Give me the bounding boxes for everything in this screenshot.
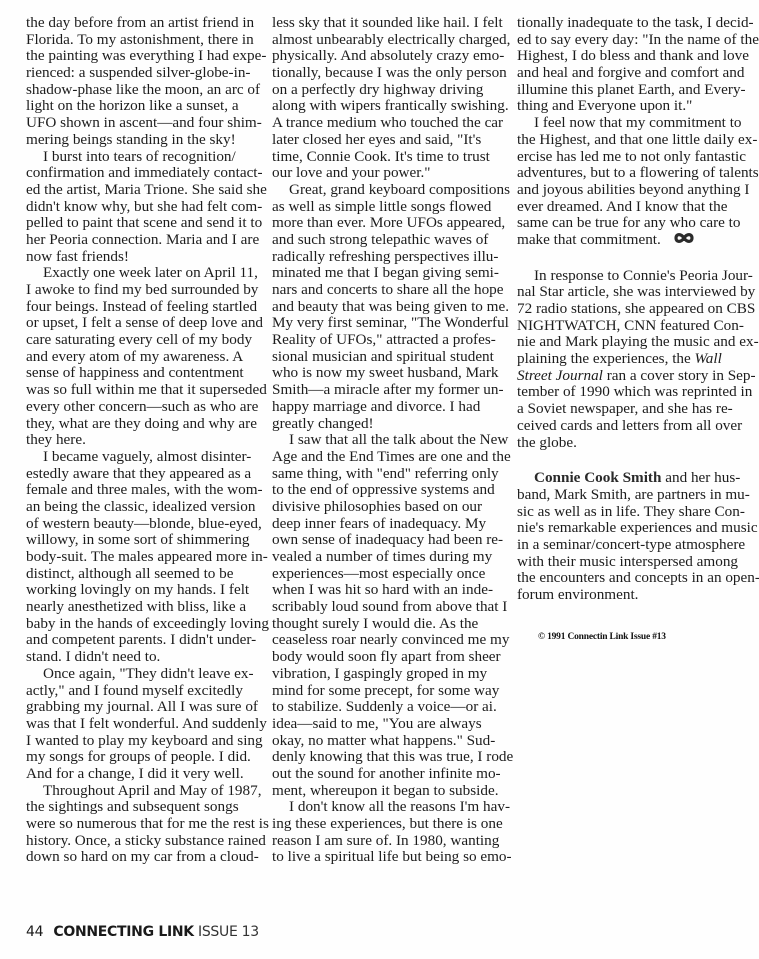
text-line: own sense of inadequacy had been re- [272,532,513,549]
text-line: I awoke to find my bed surrounded by [26,282,269,299]
text-line: nars and concerts to share all the hope [272,282,513,299]
section-spacer [517,249,759,268]
paragraph-start: Connie Cook Smith and her hus- [517,470,759,487]
text-line: stand. I didn't need to. [26,649,269,666]
text-line: down so hard on my car from a cloud- [26,849,269,866]
text-line: was so full within me that it superseded [26,382,269,399]
text-line: more than ever. More UFOs appeared, [272,215,513,232]
text-line: the sightings and subsequent songs [26,799,269,816]
text-line: didn't know why, but she had felt com- [26,199,269,216]
infinity-end-mark-icon [673,232,695,249]
text-line: denly knowing that this was true, I rode [272,749,513,766]
text-line: happy marriage and divorce. I had [272,399,513,416]
text-line: in a seminar/concert-type atmosphere [517,537,759,554]
text-line: now fast friends! [26,249,269,266]
text-line: of western beauty—blonde, blue-eyed, [26,516,269,533]
text-line: nie's remarkable experiences and music [517,520,759,537]
text-line: or upset, I felt a sense of deep love an… [26,315,269,332]
text-line: I wanted to play my keyboard and sing [26,733,269,750]
text-line: the Highest, and that one little daily e… [517,132,759,149]
text-line: UFO shown in ascent—and four shim- [26,115,269,132]
text-line: Smith—a miracle after my former un- [272,382,513,399]
text-line: as well as simple little songs flowed [272,199,513,216]
text-line: the encounters and concepts in an open- [517,570,759,587]
text-line: on a perfectly dry highway driving [272,82,513,99]
text-line: were so numerous that for me the rest is [26,816,269,833]
text-line: the day before from an artist friend in [26,15,269,32]
text-line: body-suit. The males appeared more in- [26,549,269,566]
paragraph-start: I burst into tears of recognition/ [26,149,269,166]
text-line: to stabilize. Suddenly a voice—or ai. [272,699,513,716]
text-line: reason I am sure of. In 1980, wanting [272,833,513,850]
text-line: 72 radio stations, she appeared on CBS [517,301,759,318]
text-line: A trance medium who touched the car [272,115,513,132]
text-line: working lovingly on my hands. I felt [26,582,269,599]
text-line: and every atom of my awareness. A [26,349,269,366]
text-line: sense of happiness and contentment [26,365,269,382]
text-line: out the sound for another infinite mo- [272,766,513,783]
text-line: mind for some precept, for some way [272,683,513,700]
text-line: forum environment. [517,587,759,604]
text-line: tember of 1990 which was reprinted in [517,384,759,401]
text-line: same can be true for any who care to [517,215,759,232]
text-line: vealed a number of times during my [272,549,513,566]
text-line: pelled to paint that scene and send it t… [26,215,269,232]
article-column-3: tionally inadequate to the task, I decid… [517,15,759,604]
article-last-line: make that commitment. [517,232,759,249]
text-line: rienced: a suspended silver-globe-in- [26,65,269,82]
text-line: an being the classic, idealized version [26,499,269,516]
text-fragment: ran a cover story in Sep- [603,367,756,384]
text-line: they here. [26,432,269,449]
text-line: and beauty that was being given to me. [272,299,513,316]
section-spacer [517,451,759,470]
text-fragment: and her hus- [661,469,740,486]
text-line: my songs for groups of people. I did. [26,749,269,766]
text-line: Reality of UFOs," attracted a profes- [272,332,513,349]
paragraph-start: Great, grand keyboard compositions [272,182,513,199]
paragraph-start: I became vaguely, almost disinter- [26,449,269,466]
text-line: and heal and forgive and comfort and [517,65,759,82]
text-line: four beings. Instead of feeling startled [26,299,269,316]
text-line: minated me that I began giving semi- [272,265,513,282]
text-line: scribably loud sound from above that I [272,599,513,616]
text-line: and joyous abilities beyond anything I [517,182,759,199]
text-line: nearly anesthetized with bliss, like a [26,599,269,616]
paragraph-start: Exactly one week later on April 11, [26,265,269,282]
text-line: they, what are they doing and why are [26,416,269,433]
text-line: radically refreshing perspectives illu- [272,249,513,266]
text-line: every other concern—such as who are [26,399,269,416]
text-line: estedly aware that they appeared as a [26,466,269,483]
text-line: distinct, although all seemed to be [26,566,269,583]
text-line: ercise has led me to not only fantastic [517,149,759,166]
text-line: tionally inadequate to the task, I decid… [517,15,759,32]
text-line: a Soviet newspaper, and she has re- [517,401,759,418]
magazine-page: the day before from an artist friend in … [0,0,759,959]
text-line: ceived cards and letters from all over [517,418,759,435]
article-column-1: the day before from an artist friend in … [26,15,269,866]
text-line: band, Mark Smith, are partners in mu- [517,487,759,504]
text-line: deep inner fears of inadequacy. My [272,516,513,533]
text-line: light on the horizon like a sunset, a [26,98,269,115]
text-line: tionally, because I was the only person [272,65,513,82]
text-line: history. Once, a sticky substance rained [26,833,269,850]
magazine-title: CONNECTING LINK [53,924,193,940]
text-line: our love and your power." [272,165,513,182]
text-line: thought surely I would die. As the [272,616,513,633]
text-line: confirmation and immediately contact- [26,165,269,182]
text-line: time, Connie Cook. It's time to trust [272,149,513,166]
text-fragment: plaining the experiences, the [517,350,695,367]
text-line: nal Star article, she was interviewed by [517,284,759,301]
text-line: mering beings standing in the sky! [26,132,269,149]
text-line: female and three males, with the wom- [26,482,269,499]
text-line: plaining the experiences, the Wall [517,351,759,368]
text-line: to the end of oppressive systems and [272,482,513,499]
text-line: NIGHTWATCH, CNN featured Con- [517,318,759,335]
text-line: vibration, I gaspingly groped in my [272,666,513,683]
paragraph-start: I don't know all the reasons I'm hav- [272,799,513,816]
text-line: divisive philosophies based on our [272,499,513,516]
text-line: nie and Mark playing the music and ex- [517,334,759,351]
text-line: ing these experiences, but there is one [272,816,513,833]
issue-label: ISSUE 13 [198,924,259,940]
text-line: willowy, in some sort of shimmering [26,532,269,549]
text-line: greatly changed! [272,416,513,433]
publication-name: Street Journal [517,367,603,384]
text-line: illumine this planet Earth, and Every- [517,82,759,99]
text-line: idea—said to me, "You are always [272,716,513,733]
article-column-2: less sky that it sounded like hail. I fe… [272,15,513,866]
text-line: Florida. To my astonishment, there in [26,32,269,49]
page-footer: 44 CONNECTING LINK ISSUE 13 [26,924,259,940]
author-bio-paragraph-2: Connie Cook Smith and her hus- band, Mar… [517,470,759,604]
text-line: along with wipers frantically swishing. [272,98,513,115]
text-line: when I was hit so hard with an inde- [272,582,513,599]
text-line: ed the artist, Maria Trione. She said sh… [26,182,269,199]
paragraph-start: I saw that all the talk about the New [272,432,513,449]
text-line: the globe. [517,435,759,452]
text-line: sional musician and spiritual student [272,349,513,366]
text-line: her Peoria connection. Maria and I are [26,232,269,249]
text-line: actly," and I found myself excitedly [26,683,269,700]
text-line: to live a spiritual life but being so em… [272,849,513,866]
text-line: shadow-phase like the moon, an arc of [26,82,269,99]
text-line: physically. And absolutely crazy emo- [272,48,513,65]
text-line: okay, no matter what happens." Sud- [272,733,513,750]
paragraph-start: Throughout April and May of 1987, [26,783,269,800]
page-number: 44 [26,924,43,940]
text-line: same thing, with "end" referring only [272,466,513,483]
text-line: experiences—most especially once [272,566,513,583]
text-line: grabbing my journal. All I was sure of [26,699,269,716]
text-line: with their music interspersed among [517,554,759,571]
author-name: Connie Cook Smith [534,469,661,486]
text-line: make that commitment. [517,231,661,248]
text-line: sic as well as in life. They share Con- [517,504,759,521]
paragraph-start: Once again, "They didn't leave ex- [26,666,269,683]
text-line: less sky that it sounded like hail. I fe… [272,15,513,32]
text-line: ment, whereupon it began to subside. [272,783,513,800]
text-line: ed to say every day: "In the name of the [517,32,759,49]
text-line: and such strong telepathic waves of [272,232,513,249]
text-line: the painting was everything I had expe- [26,48,269,65]
text-line: ceaseless roar nearly convinced me my [272,632,513,649]
paragraph-start: In response to Connie's Peoria Jour- [517,268,759,285]
text-line: body would soon fly apart from sheer [272,649,513,666]
copyright-notice: © 1991 Connectin Link Issue #13 [538,632,666,642]
text-line: baby in the hands of exceedingly loving [26,616,269,633]
text-line: almost unbearably electrically charged, [272,32,513,49]
paragraph-start: I feel now that my commitment to [517,115,759,132]
text-line: My very first seminar, "The Wonderful [272,315,513,332]
text-line: adventures, but to a flowering of talent… [517,165,759,182]
text-line: care saturating every cell of my body [26,332,269,349]
publication-name: Wall [695,350,722,367]
text-line: and competent parents. I didn't under- [26,632,269,649]
text-line: ever dreamed. And I know that the [517,199,759,216]
text-line: Street Journal ran a cover story in Sep- [517,368,759,385]
text-line: Highest, I do bless and thank and love [517,48,759,65]
text-line: was that I felt wonderful. And suddenly [26,716,269,733]
text-line: thing and Everyone upon it." [517,98,759,115]
text-line: later closed her eyes and said, "It's [272,132,513,149]
text-line: who is now my sweet husband, Mark [272,365,513,382]
text-line: Age and the End Times are one and the [272,449,513,466]
text-line: And for a change, I did it very well. [26,766,269,783]
author-bio-paragraph-1: In response to Connie's Peoria Jour- nal… [517,268,759,452]
